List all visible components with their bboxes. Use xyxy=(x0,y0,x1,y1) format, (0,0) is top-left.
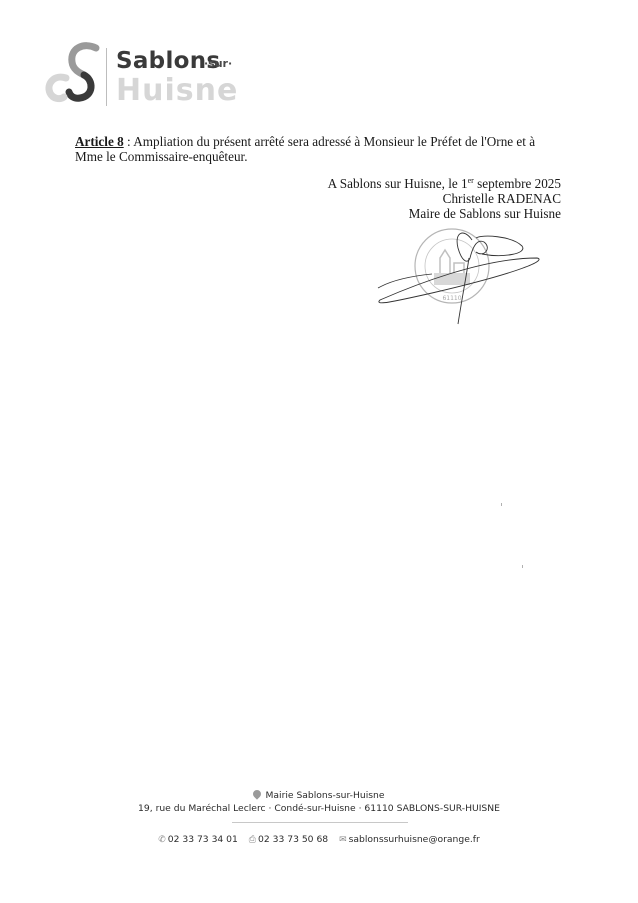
footer-address: 19, rue du Maréchal Leclerc · Condé-sur-… xyxy=(0,803,638,814)
logo-emblem-icon xyxy=(44,40,108,112)
scan-speck xyxy=(501,503,502,506)
map-pin-icon xyxy=(252,788,263,799)
article-8-paragraph: Article 8 : Ampliation du présent arrêté… xyxy=(75,134,565,164)
article-text: : Ampliation du présent arrêté sera adre… xyxy=(75,134,535,164)
place-and-date: A Sablons sur Huisne, le 1er septembre 2… xyxy=(328,176,561,191)
footer-email[interactable]: ✉sablonssurhuisne@orange.fr xyxy=(339,834,480,845)
fax-icon: ⎙ xyxy=(249,835,256,845)
envelope-icon: ✉ xyxy=(339,835,347,845)
svg-text:61110: 61110 xyxy=(442,295,461,302)
footer-organization: Mairie Sablons-sur-Huisne xyxy=(0,790,638,801)
phone-icon: ✆ xyxy=(158,835,166,845)
footer-phone: ✆02 33 73 34 01 xyxy=(158,834,238,845)
municipality-logo: Sablons ·sur· Huisne xyxy=(44,40,264,112)
official-stamp-and-signature: 61110 xyxy=(372,228,547,328)
footer-divider xyxy=(232,822,408,823)
signature-block: A Sablons sur Huisne, le 1er septembre 2… xyxy=(328,176,561,221)
article-label: Article 8 xyxy=(75,134,124,149)
scan-speck xyxy=(522,565,523,568)
logo-text-sur: ·sur· xyxy=(204,58,232,69)
logo-text-huisne: Huisne xyxy=(116,76,238,106)
signatory-name: Christelle RADENAC xyxy=(328,191,561,206)
footer-contacts: ✆02 33 73 34 01 ⎙02 33 73 50 68 ✉sablons… xyxy=(0,834,638,845)
logo-divider xyxy=(106,48,107,106)
signatory-title: Maire de Sablons sur Huisne xyxy=(328,206,561,221)
footer-fax: ⎙02 33 73 50 68 xyxy=(249,834,328,845)
